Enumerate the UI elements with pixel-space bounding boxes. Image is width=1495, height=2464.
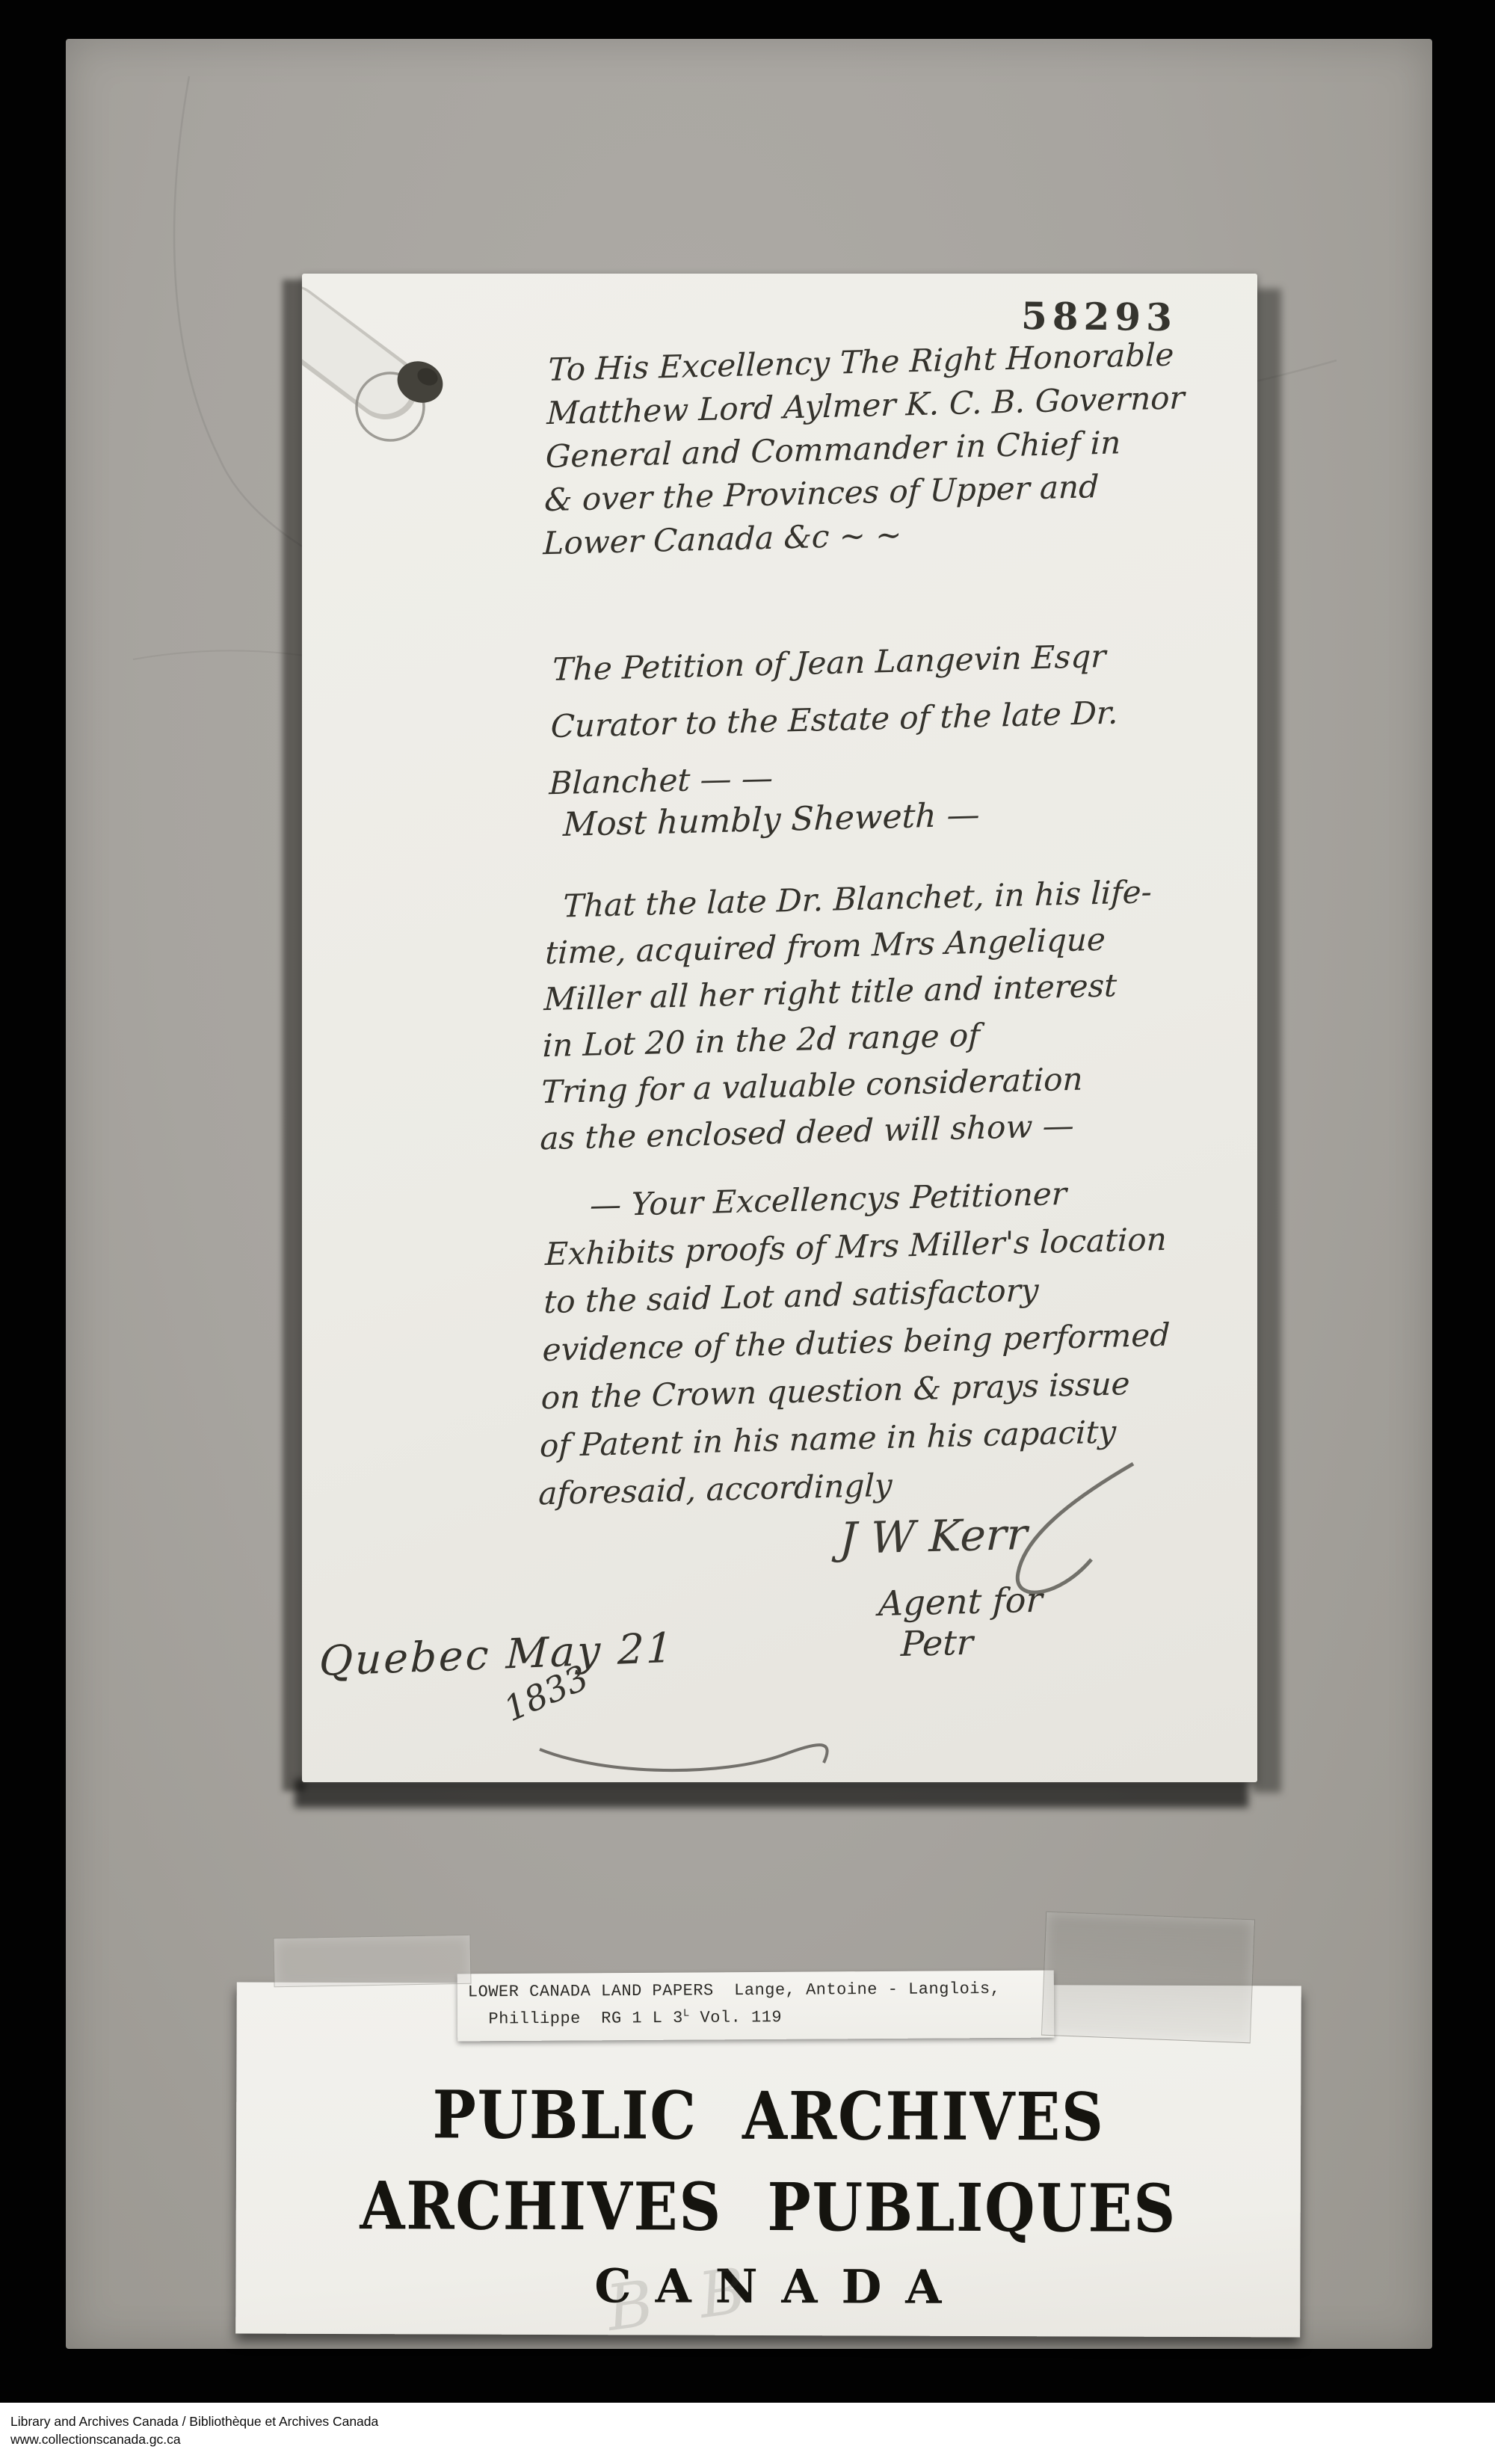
stamp-line-archives-publiques: ARCHIVES PUBLIQUES	[300, 2169, 1236, 2244]
stamp-line-public-archives: PUBLIC ARCHIVES	[300, 2078, 1236, 2153]
footer-institution-line: Library and Archives Canada / Bibliothèq…	[10, 2412, 1495, 2430]
reference-label: LOWER CANADA LAND PAPERS Lange, Antoine …	[457, 1971, 1055, 2042]
document-shadow-bottom	[295, 1779, 1248, 1808]
reference-label-line-1: LOWER CANADA LAND PAPERS Lange, Antoine …	[468, 1978, 1054, 2004]
petition-document: 58293 To His Excellency The Right Honora…	[302, 274, 1257, 1782]
lac-footer: Library and Archives Canada / Bibliothèq…	[0, 2403, 1495, 2464]
stamp-line-canada: CANADA	[235, 2259, 1300, 2315]
petition-page: 58293 To His Excellency The Right Honora…	[302, 274, 1257, 1782]
fastener-tab-and-flourishes	[302, 274, 1257, 1782]
reference-label-line-2-text: Phillippe RG 1 L 3	[468, 2009, 683, 2029]
tape-piece-right	[1041, 1912, 1255, 2044]
tape-piece-left	[273, 1935, 471, 1988]
reference-label-volume: Vol. 119	[690, 2008, 782, 2027]
reference-label-line-2: Phillippe RG 1 L 3L Vol. 119	[468, 2001, 1054, 2031]
footer-url: www.collectionscanada.gc.ca	[10, 2430, 1495, 2448]
reference-superscript: L	[683, 2008, 690, 2020]
